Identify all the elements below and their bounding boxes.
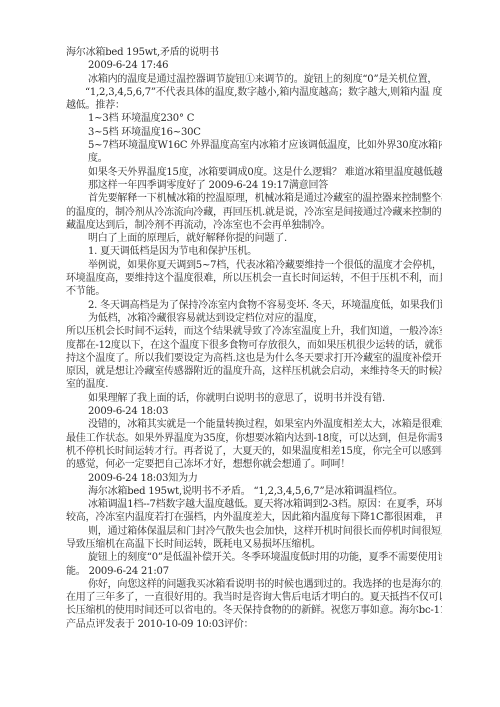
text-line: 1~3档 环境温度230° C — [66, 112, 442, 125]
document-page: 海尔冰箱bed 195wt,矛盾的说明书2009-6-24 17:46冰箱内的温… — [0, 0, 500, 707]
text-line: 如果理解了我上面的话，你就明白说明书的意思了，说明书并没有错. — [66, 392, 442, 405]
text-line: 3~5档 环境温度16~30C — [66, 126, 442, 139]
text-line: 没错的，冰箱其实就是一个能量转换过程，如果室内外温度相差太大，冰箱是很难进入 — [66, 418, 442, 431]
text-line: 如果冬天外界温度15度，冰箱要调成0度。这是什么逻辑？ 难道冰箱里温度越低越省电… — [66, 166, 442, 179]
text-line: 环境温度高，要维持这个温度很难，所以压机会一直长时间运转，不但于压机不利，而且 … — [66, 272, 442, 285]
text-line: 度都在-12度以下，在这个温度下很多食物可存放很久，而如果压机很少运转的话，就很… — [66, 339, 442, 352]
text-line: 较高，冷冻室内温度若打在强档，内外温度差大，因此箱内温度每下降1C都很困难， 再 — [66, 511, 442, 524]
text-line: 的温度的，制冷剂从冷冻流向冷藏，再回压机.就是说，冷冻室是间接通过冷藏来控制的,… — [66, 206, 442, 219]
document-body: 海尔冰箱bed 195wt,矛盾的说明书2009-6-24 17:46冰箱内的温… — [66, 46, 442, 631]
text-line: 原因，就是想让冷藏室传感器附近的温度升高，这样压机就会启动，来维持冬天的时候冷 … — [66, 365, 442, 378]
text-line: 能。 2009-6-24 21:07 — [66, 565, 442, 578]
text-line: 首先要解释一下机械冰箱的控温原理，机械冰箱是通过冷藏室的温控器来控制整个冰箱 — [66, 192, 442, 205]
text-line: 举例说，如果你夏天调到5~7档，代表冰箱冷藏要维持一个很低的温度才会停机，而夏 … — [66, 259, 442, 272]
text-line: 藏温度达到后，制冷剂不再流动，冷冻室也不会再单独制冷。 — [66, 219, 442, 232]
text-line: 2. 冬天调高档是为了保持冷冻室内食物不容易变坏. 冬天，环境温度低，如果我们设… — [66, 299, 442, 312]
text-line: “1,2,3,4,5,6,7”不代表具体的温度,数字越小,箱内温度越高；数字越大… — [66, 86, 442, 99]
text-line: 明白了上面的原理后，就好解释你提的问题了. — [66, 232, 442, 245]
document-title: 海尔冰箱bed 195wt,矛盾的说明书 — [66, 46, 442, 59]
text-line: 海尔冰箱bed 195wt,说明书不矛盾。 “1,2,3,4,5,6,7”是冰箱… — [66, 485, 442, 498]
text-line: 冰箱内的温度是通过温控器调节旋钮①来调节的。旋钮上的刻度“0”是关机位置， — [66, 73, 442, 86]
text-line: 最佳工作状态。如果外界温度为35度，你想要冰箱内达到-18度，可以达到，但是你需… — [66, 432, 442, 445]
text-line: 室的温度. — [66, 378, 442, 391]
text-line: 5~7档环境温度W16C 外界温度高室内冰箱才应该调低温度，比如外界30度冰箱内… — [66, 139, 442, 152]
text-line: 的感觉，何必一定要把自己冻坏才好，想想你就会想通了。呵呵！ — [66, 458, 442, 471]
text-line: 长压缩机的使用时间还可以省电的。冬天保持食物的的新鲜。祝您万事如意。海尔bc-1… — [66, 604, 442, 617]
text-line: 越低。推荐： — [66, 99, 442, 112]
text-line: 为低档，冰箱冷藏很容易就达到设定档位对应的温度， — [66, 312, 442, 325]
text-line: 机不停机长时间运转才行。再者说了，大夏天的，如果温度相差15度，你完全可以感到冰… — [66, 445, 442, 458]
text-line: 导致压缩机在高温下长时间运转，既耗电又易损坏压缩机。 — [66, 538, 442, 551]
text-line: 2009-6-24 17:46 — [66, 59, 442, 72]
text-line: 1. 夏天调低档是因为节电和保护压机。 — [66, 245, 442, 258]
text-line: 产品点评发表于 2010-10-09 10:03评价： — [66, 618, 442, 631]
text-line: 旋钮上的刻度“0”是低温补偿开关。冬季环境温度低时用的功能，夏季不需要使用该功 — [66, 551, 442, 564]
text-line: 2009-6-24 18:03 — [66, 405, 442, 418]
text-line: 冰箱调温1档--7档数字越大温度越低。夏天将冰箱调到2-3档。原因：在夏季，环境… — [66, 498, 442, 511]
text-line: 2009-6-24 18:03知为力 — [66, 472, 442, 485]
text-line: 则，通过箱体保温层和门封冷气散失也会加快，这样开机时间很长而停机时间很短，会 — [66, 525, 442, 538]
text-line: 不节能。 — [66, 285, 442, 298]
text-line: 度。 — [66, 152, 442, 165]
text-line: 所以压机会长时间不运转，而这个结果就导致了冷冻室温度上升，我们知道，一般冷冻室温 — [66, 325, 442, 338]
text-line: 那这样一年四季调零度好了 2009-6-24 19:17满意回答 — [66, 179, 442, 192]
text-line: 在用了三年多了，一直很好用的。我当时是咨询大售后电话才明白的。夏天抵挡不仅可以延 — [66, 591, 442, 604]
text-line: 持这个温度了。所以我们要设定为高档.这也是为什么冬天要求打开冷藏室的温度补偿开关… — [66, 352, 442, 365]
text-line: 你好，向您这样的问题我买冰箱看说明书的时候也遇到过的。我选择的也是海尔的，现 — [66, 578, 442, 591]
